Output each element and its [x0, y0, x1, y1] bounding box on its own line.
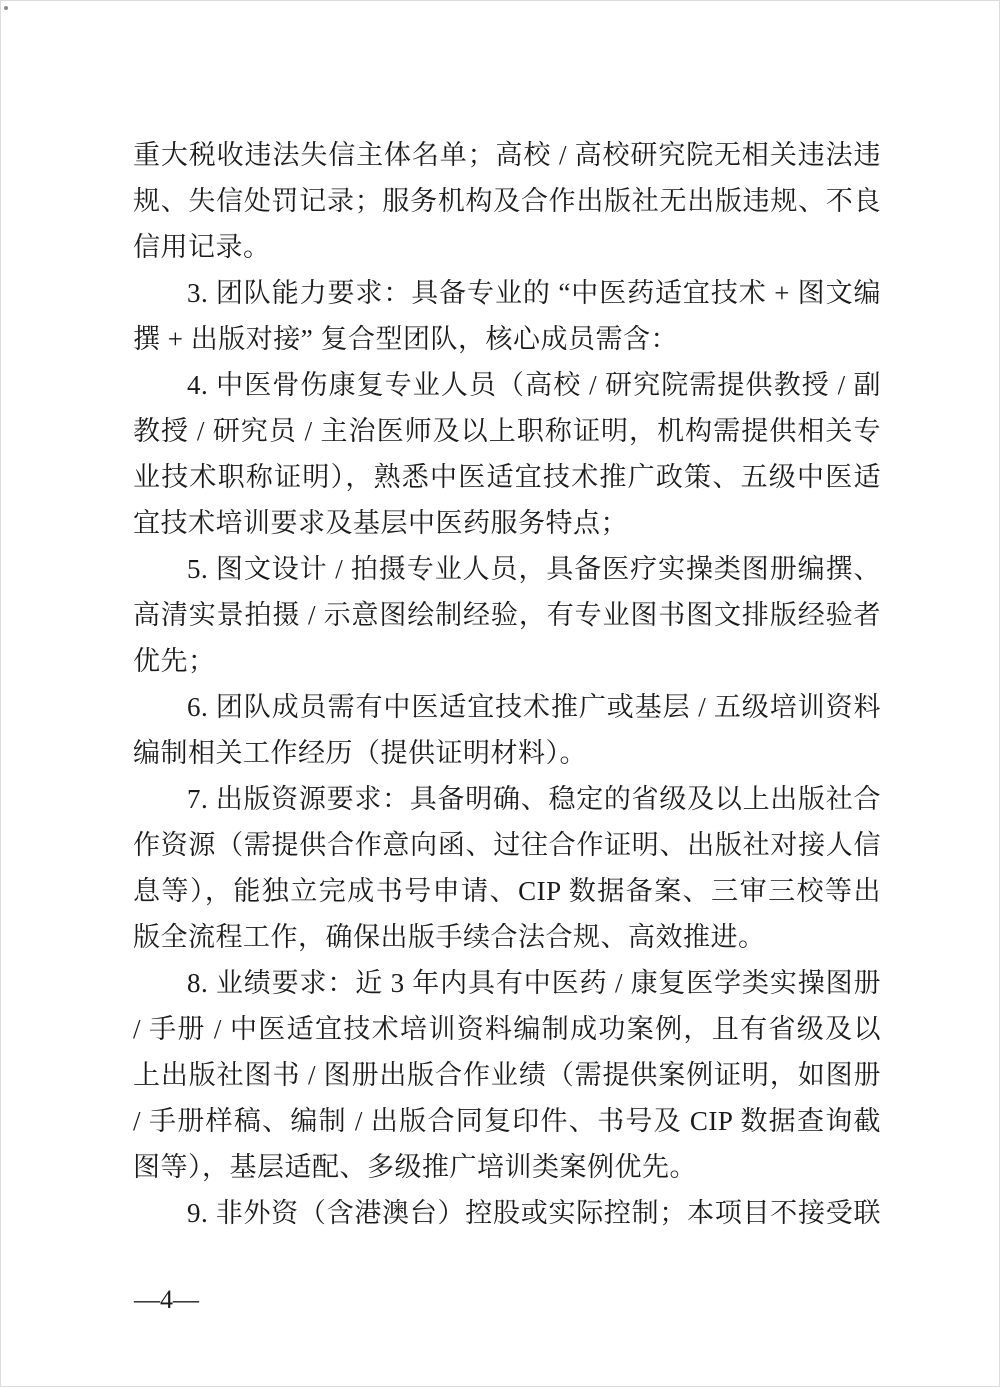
- paragraph-item-8: 8. 业绩要求：近 3 年内具有中医药 / 康复医学类实操图册 / 手册 / 中…: [133, 960, 881, 1190]
- text-line: 规、失信处罚记录；服务机构及合作出版社无出版违规、不良: [133, 178, 881, 224]
- text-line: 7. 出版资源要求：具备明确、稳定的省级及以上出版社合: [133, 776, 881, 822]
- text-line: 教授 / 研究员 / 主治医师及以上职称证明，机构需提供相关专: [133, 408, 881, 454]
- paragraph-item-4: 4. 中医骨伤康复专业人员（高校 / 研究院需提供教授 / 副 教授 / 研究员…: [133, 362, 881, 546]
- text-line: 8. 业绩要求：近 3 年内具有中医药 / 康复医学类实操图册: [133, 960, 881, 1006]
- text-line: 息等），能独立完成书号申请、CIP 数据备案、三审三校等出: [133, 868, 881, 914]
- text-line: 撰 + 出版对接” 复合型团队，核心成员需含：: [133, 316, 881, 362]
- document-page: 重大税收违法失信主体名单；高校 / 高校研究院无相关违法违 规、失信处罚记录；服…: [0, 0, 1000, 1387]
- text-line: 9. 非外资（含港澳台）控股或实际控制；本项目不接受联: [133, 1190, 881, 1236]
- text-line: 3. 团队能力要求：具备专业的 “中医药适宜技术 + 图文编: [133, 270, 881, 316]
- text-line: 版全流程工作，确保出版手续合法合规、高效推进。: [133, 914, 881, 960]
- text-line: 5. 图文设计 / 拍摄专业人员，具备医疗实操类图册编撰、: [133, 546, 881, 592]
- text-line: 4. 中医骨伤康复专业人员（高校 / 研究院需提供教授 / 副: [133, 362, 881, 408]
- paragraph-item-5: 5. 图文设计 / 拍摄专业人员，具备医疗实操类图册编撰、 高清实景拍摄 / 示…: [133, 546, 881, 684]
- paragraph-item-7: 7. 出版资源要求：具备明确、稳定的省级及以上出版社合 作资源（需提供合作意向函…: [133, 776, 881, 960]
- text-line: / 手册 / 中医适宜技术培训资料编制成功案例，且有省级及以: [133, 1006, 881, 1052]
- paragraph-item-9: 9. 非外资（含港澳台）控股或实际控制；本项目不接受联: [133, 1190, 881, 1236]
- text-line: 高清实景拍摄 / 示意图绘制经验，有专业图书图文排版经验者: [133, 592, 881, 638]
- text-line: 作资源（需提供合作意向函、过往合作证明、出版社对接人信: [133, 822, 881, 868]
- text-line: 编制相关工作经历（提供证明材料）。: [133, 730, 881, 776]
- text-line: 重大税收违法失信主体名单；高校 / 高校研究院无相关违法违: [133, 132, 881, 178]
- text-line: 业技术职称证明），熟悉中医适宜技术推广政策、五级中医适: [133, 454, 881, 500]
- body-text: 重大税收违法失信主体名单；高校 / 高校研究院无相关违法违 规、失信处罚记录；服…: [133, 132, 881, 1236]
- paragraph-item-3: 3. 团队能力要求：具备专业的 “中医药适宜技术 + 图文编 撰 + 出版对接”…: [133, 270, 881, 362]
- text-line: 6. 团队成员需有中医适宜技术推广或基层 / 五级培训资料: [133, 684, 881, 730]
- text-line: 信用记录。: [133, 224, 881, 270]
- text-line: 上出版社图书 / 图册出版合作业绩（需提供案例证明，如图册: [133, 1052, 881, 1098]
- paragraph-item-6: 6. 团队成员需有中医适宜技术推广或基层 / 五级培训资料 编制相关工作经历（提…: [133, 684, 881, 776]
- scan-artifact-dot: [4, 6, 8, 10]
- text-line: / 手册样稿、编制 / 出版合同复印件、书号及 CIP 数据查询截: [133, 1098, 881, 1144]
- text-line: 图等），基层适配、多级推广培训类案例优先。: [133, 1144, 881, 1190]
- page-number: —4—: [134, 1285, 199, 1315]
- text-line: 优先；: [133, 638, 881, 684]
- paragraph-continuation: 重大税收违法失信主体名单；高校 / 高校研究院无相关违法违 规、失信处罚记录；服…: [133, 132, 881, 270]
- text-line: 宜技术培训要求及基层中医药服务特点；: [133, 500, 881, 546]
